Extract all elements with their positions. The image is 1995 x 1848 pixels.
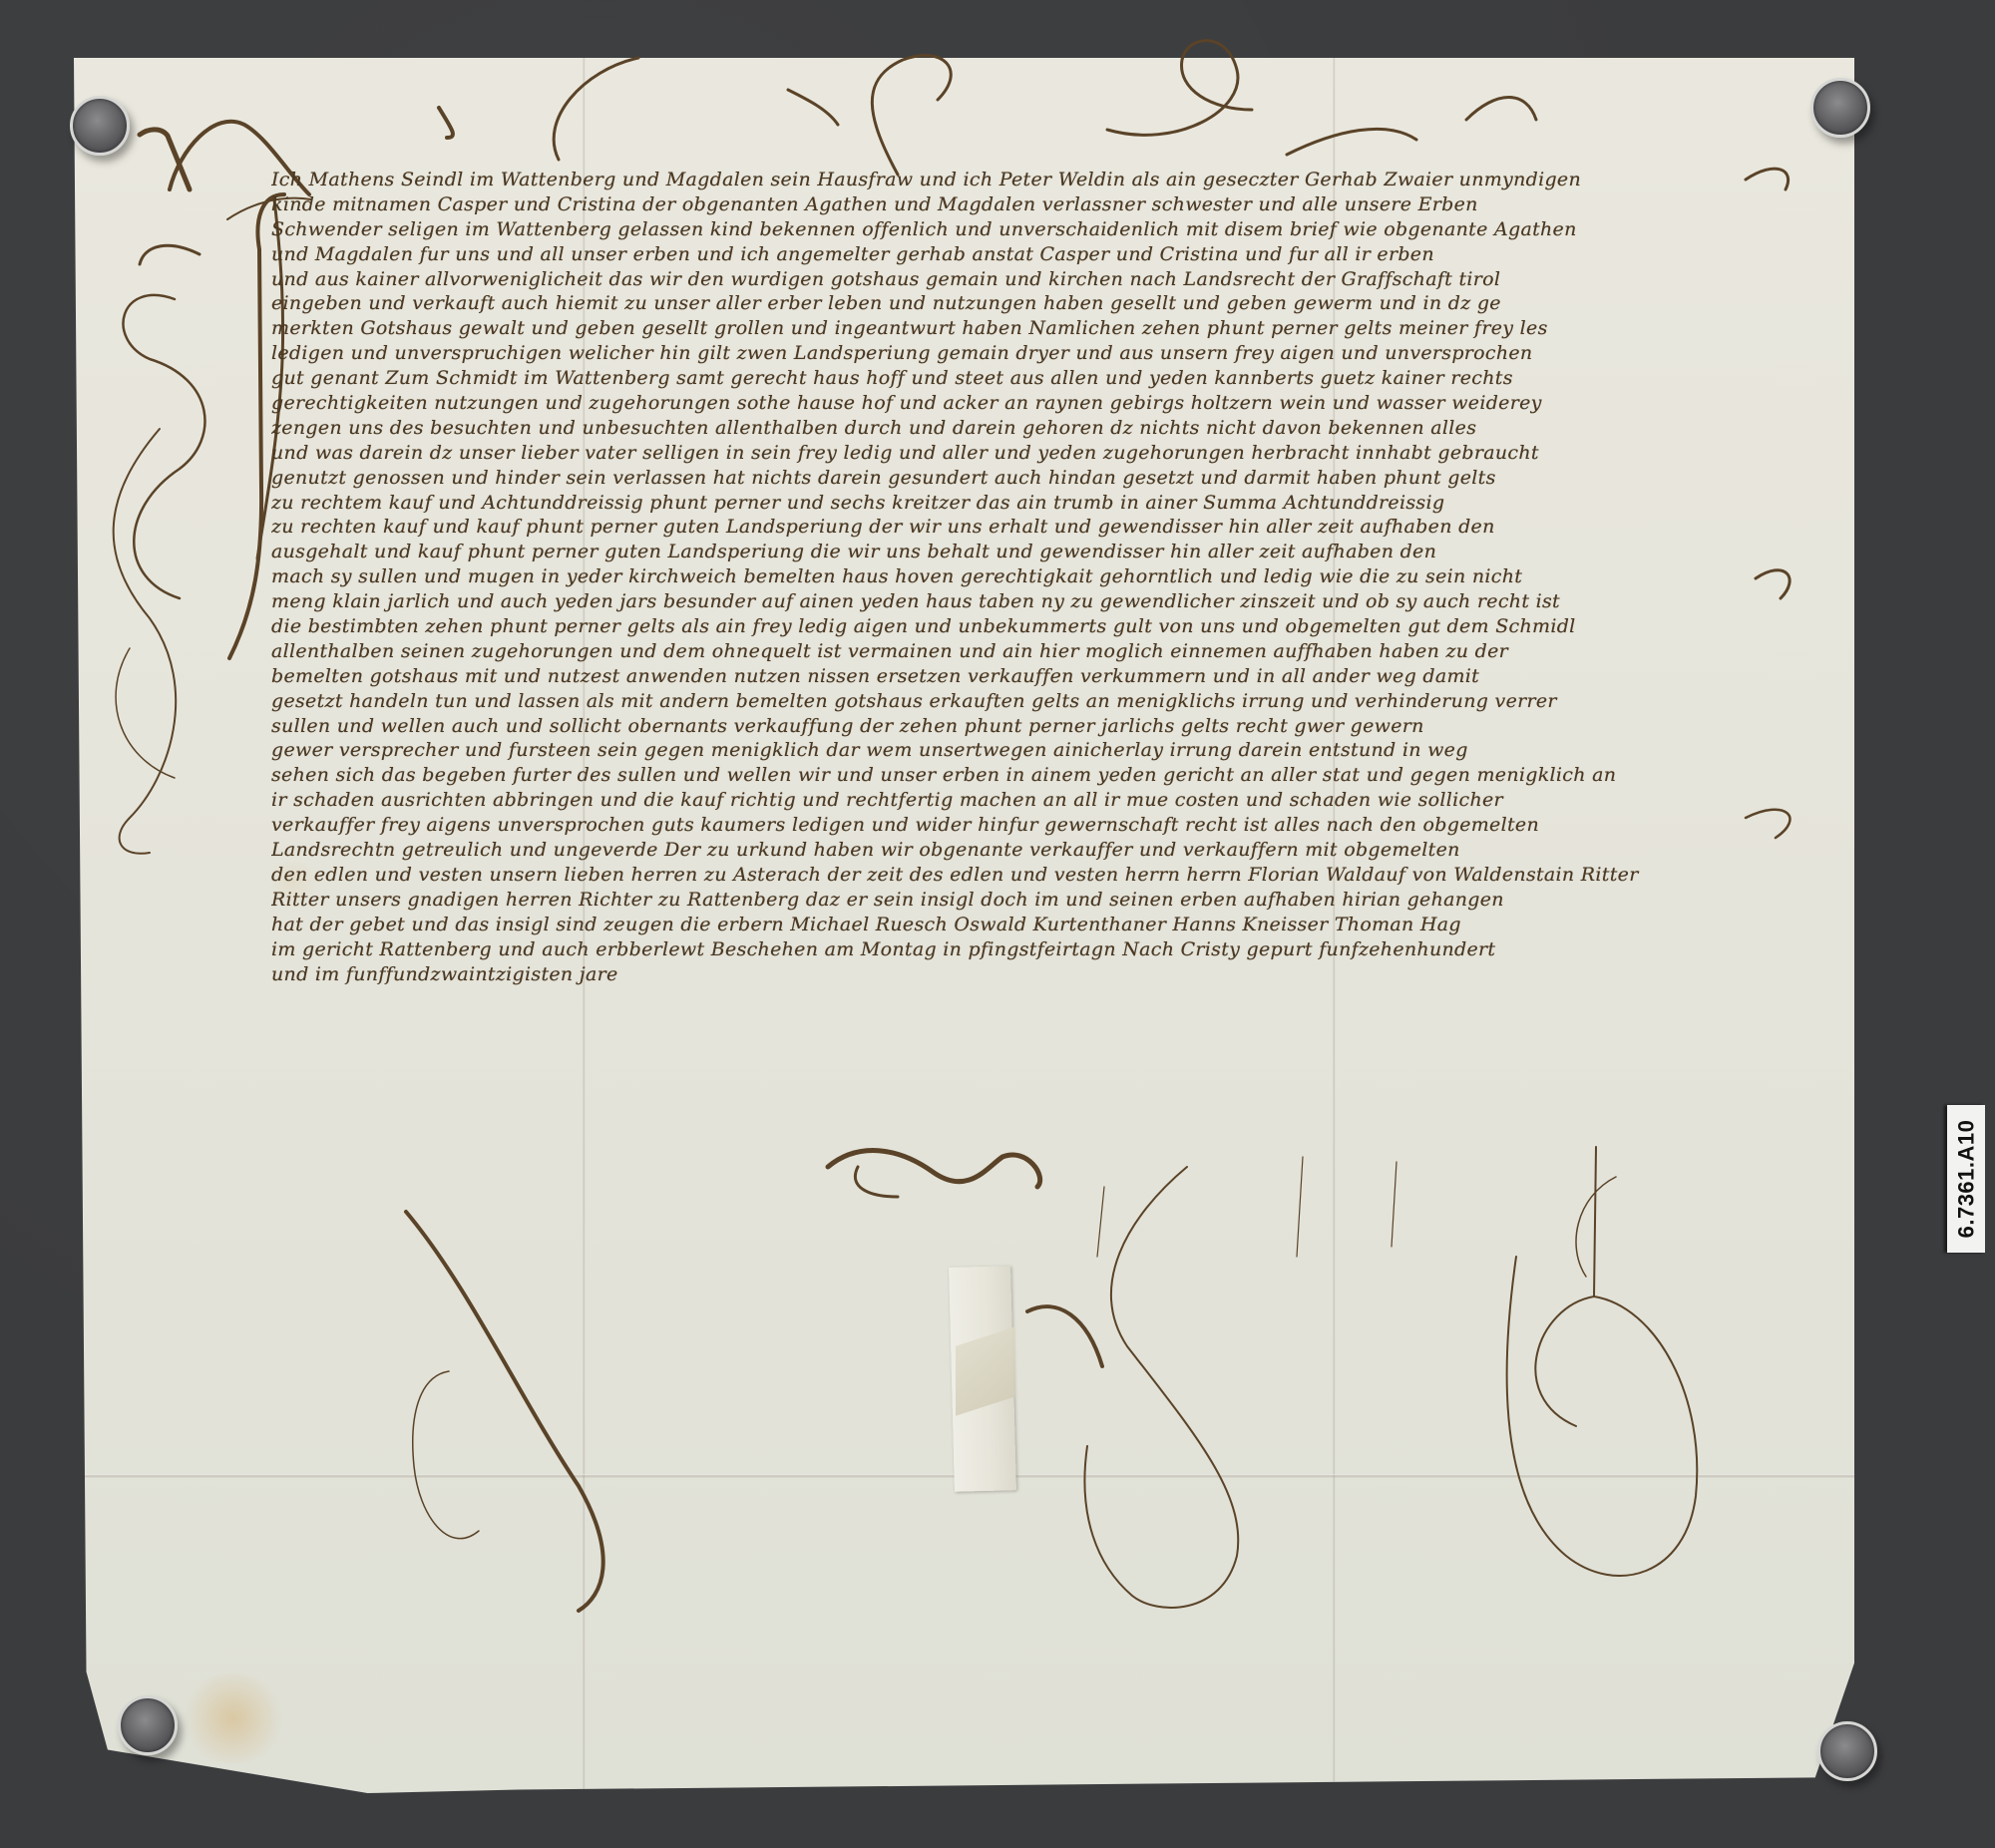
text-line: eingeben und verkauft auch hiemit zu uns… <box>271 291 1797 316</box>
text-line: sehen sich das begeben furter des sullen… <box>271 763 1797 788</box>
text-line: zu rechtem kauf und Achtunddreissig phun… <box>271 491 1797 516</box>
text-line: zu rechten kauf und kauf phunt perner gu… <box>271 515 1797 540</box>
text-line: mach sy sullen und mugen in yeder kirchw… <box>271 564 1797 589</box>
text-line: ir schaden ausrichten abbringen und die … <box>271 788 1797 813</box>
catalog-number-text: 6.7361.A10 <box>1953 1120 1979 1239</box>
text-line: bemelten gotshaus mit und nutzest anwend… <box>271 664 1797 689</box>
magnet-pin-bottom-left <box>118 1695 178 1755</box>
text-line: gewer versprecher und fursteen sein gege… <box>271 738 1797 763</box>
text-line: gesetzt handeln tun und lassen als mit a… <box>271 689 1797 714</box>
magnet-pin-top-left <box>70 96 130 156</box>
text-line: den edlen und vesten unsern lieben herre… <box>271 863 1797 888</box>
charter-body-text: Ich Mathens Seindl im Wattenberg und Mag… <box>271 168 1797 986</box>
text-line: kinde mitnamen Casper und Cristina der o… <box>271 192 1797 217</box>
text-line: Landsrechtn getreulich und ungeverde Der… <box>271 838 1797 863</box>
text-line: gut genant Zum Schmidt im Wattenberg sam… <box>271 366 1797 391</box>
text-line: die bestimbten zehen phunt perner gelts … <box>271 614 1797 639</box>
text-line: allenthalben seinen zugehorungen und dem… <box>271 639 1797 664</box>
text-line: und aus kainer allvorweniglicheit das wi… <box>271 267 1797 292</box>
text-line: hat der gebet und das insigl sind zeugen… <box>271 913 1797 937</box>
text-line: Schwender seligen im Wattenberg gelassen… <box>271 217 1797 242</box>
magnet-pin-bottom-right <box>1817 1721 1877 1781</box>
text-line: gerechtigkeiten nutzungen und zugehorung… <box>271 391 1797 416</box>
text-line: meng klain jarlich und auch yeden jars b… <box>271 589 1797 614</box>
text-line: sullen und wellen auch und sollicht ober… <box>271 714 1797 739</box>
text-line: verkauffer frey aigens unversprochen gut… <box>271 813 1797 838</box>
text-line: ausgehalt und kauf phunt perner guten La… <box>271 540 1797 564</box>
text-line: ledigen und unverspruchigen welicher hin… <box>271 341 1797 366</box>
text-line: Ritter unsers gnadigen herren Richter zu… <box>271 888 1797 913</box>
text-line: genutzt genossen und hinder sein verlass… <box>271 466 1797 491</box>
catalog-number-label: 6.7361.A10 <box>1947 1105 1985 1253</box>
text-line: und Magdalen fur uns und all unser erben… <box>271 242 1797 267</box>
magnet-pin-top-right <box>1810 78 1870 138</box>
text-line: Ich Mathens Seindl im Wattenberg und Mag… <box>271 168 1797 192</box>
text-line: im gericht Rattenberg und auch erbberlew… <box>271 937 1797 962</box>
text-line: und im funffundzwaintzigisten jare <box>271 962 1797 987</box>
text-line: zengen uns des besuchten und unbesuchten… <box>271 416 1797 441</box>
water-stain <box>179 1673 288 1763</box>
text-line: merkten Gotshaus gewalt und geben gesell… <box>271 316 1797 341</box>
text-line: und was darein dz unser lieber vater sel… <box>271 441 1797 466</box>
